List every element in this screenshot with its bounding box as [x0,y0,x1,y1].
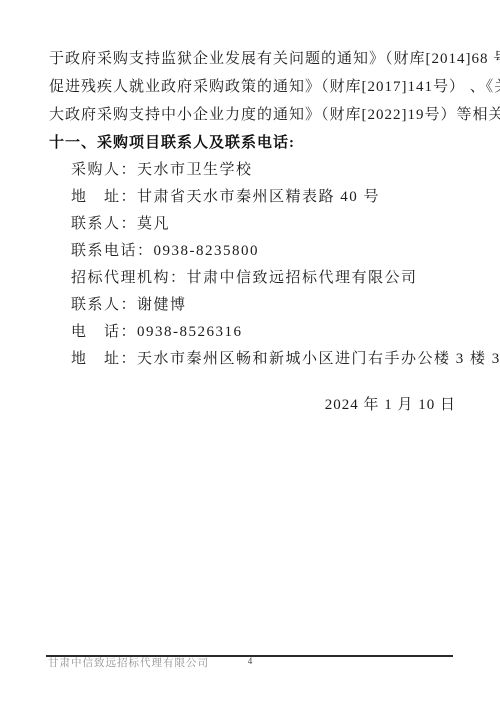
contact-line-purchaser-phone: 联系电话：0938-8235800 [71,238,456,265]
document-page: 于政府采购支持监狱企业发展有关问题的通知》（财库[2014]68 号）、《关于 … [0,0,500,706]
contact-line-purchaser-person: 联系人：莫凡 [71,211,456,238]
contact-line-purchaser: 采购人：天水市卫生学校 [71,157,456,184]
page-content: 于政府采购支持监狱企业发展有关问题的通知》（财库[2014]68 号）、《关于 … [49,45,456,419]
contact-line-agency-address: 地 址：天水市秦州区畅和新城小区进门右手办公楼 3 楼 313 室 [71,346,456,373]
policy-paragraph-line-1: 于政府采购支持监狱企业发展有关问题的通知》（财库[2014]68 号）、《关于 [49,45,456,73]
contact-line-agency: 招标代理机构：甘肃中信致远招标代理有限公司 [71,265,456,292]
policy-paragraph-line-2: 促进残疾人就业政府采购政策的通知》（财库[2017]141号） 、《关于进一步加 [49,73,456,101]
section-heading-contacts: 十一、采购项目联系人及联系电话: [49,129,456,157]
contact-info-block: 采购人：天水市卫生学校 地 址：甘肃省天水市秦州区精表路 40 号 联系人：莫凡… [49,157,456,373]
policy-paragraph-line-3: 大政府采购支持中小企业力度的通知》（财库[2022]19号）等相关政策规定。 [49,101,456,129]
contact-line-agency-person: 联系人：谢健博 [71,292,456,319]
footer-company-name: 甘肃中信致远招标代理有限公司 [48,658,209,670]
contact-line-purchaser-address: 地 址：甘肃省天水市秦州区精表路 40 号 [71,184,456,211]
contact-line-agency-phone: 电 话：0938-8526316 [71,319,456,346]
document-date: 2024 年 1 月 10 日 [49,392,456,419]
